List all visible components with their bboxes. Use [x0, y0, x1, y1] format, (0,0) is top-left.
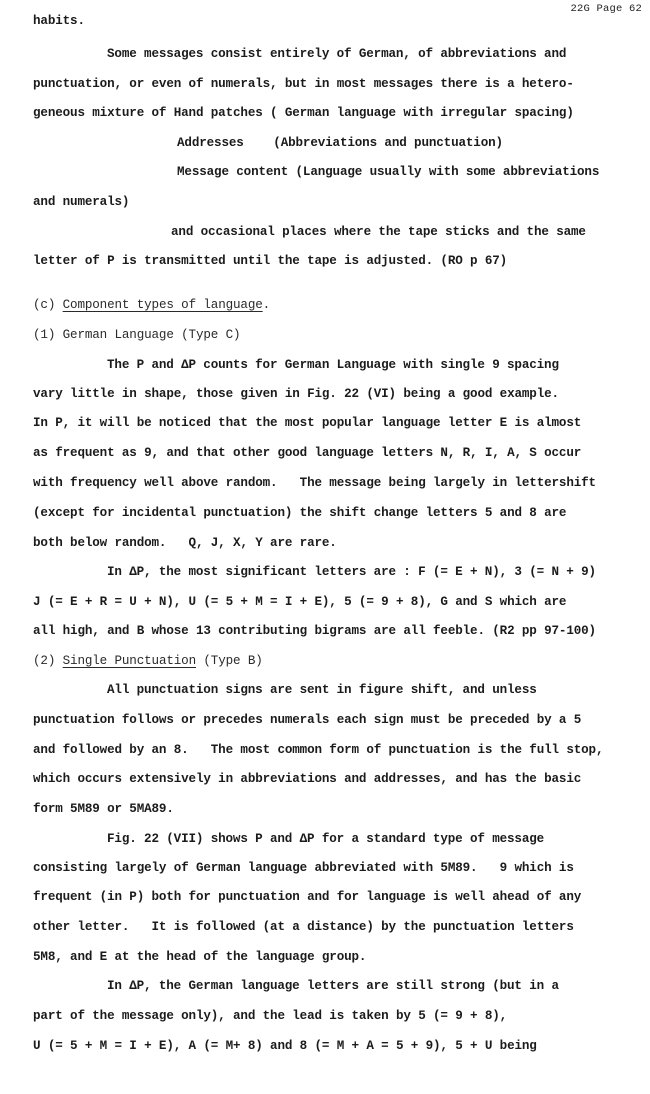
- text-line: Addresses (Abbreviations and punctuation…: [177, 136, 503, 150]
- section-title: Component types of language: [63, 298, 263, 312]
- text-line: punctuation follows or precedes numerals…: [33, 713, 581, 727]
- text-line: and numerals): [33, 195, 129, 209]
- text-line: both below random. Q, J, X, Y are rare.: [33, 536, 337, 550]
- text-line: letter of P is transmitted until the tap…: [33, 254, 507, 268]
- text-line: other letter. It is followed (at a dista…: [33, 920, 574, 934]
- text-line: geneous mixture of Hand patches ( German…: [33, 106, 574, 120]
- paragraph-start: In ΔP, the German language letters are s…: [107, 979, 559, 993]
- subsection-heading-1: (1) German Language (Type C): [33, 328, 240, 342]
- text-line: habits.: [33, 14, 85, 28]
- text-line: which occurs extensively in abbreviation…: [33, 772, 581, 786]
- text-line: as frequent as 9, and that other good la…: [33, 446, 581, 460]
- paragraph-start: In ΔP, the most significant letters are …: [107, 565, 596, 579]
- text-line: vary little in shape, those given in Fig…: [33, 387, 559, 401]
- text-line: J (= E + R = U + N), U (= 5 + M = I + E)…: [33, 595, 566, 609]
- paragraph-start: Some messages consist entirely of German…: [107, 47, 566, 61]
- section-punct: .: [263, 298, 270, 312]
- paragraph-start: The P and ΔP counts for German Language …: [107, 358, 559, 372]
- text-line: with frequency well above random. The me…: [33, 476, 596, 490]
- section-heading-c: (c) Component types of language.: [33, 298, 270, 312]
- page-header: 22G Page 62: [570, 3, 642, 15]
- section-type: (Type B): [196, 654, 263, 668]
- subsection-heading-2: (2) Single Punctuation (Type B): [33, 654, 263, 668]
- section-number: (c): [33, 298, 63, 312]
- text-line: form 5M89 or 5MA89.: [33, 802, 174, 816]
- section-title: Single Punctuation: [63, 654, 196, 668]
- text-line: In P, it will be noticed that the most p…: [33, 416, 581, 430]
- text-line: punctuation, or even of numerals, but in…: [33, 77, 574, 91]
- text-line: consisting largely of German language ab…: [33, 861, 574, 875]
- text-line: 5M8, and E at the head of the language g…: [33, 950, 366, 964]
- text-line: and followed by an 8. The most common fo…: [33, 743, 603, 757]
- text-line: frequent (in P) both for punctuation and…: [33, 890, 581, 904]
- text-line: U (= 5 + M = I + E), A (= M+ 8) and 8 (=…: [33, 1039, 537, 1053]
- text-line: all high, and B whose 13 contributing bi…: [33, 624, 596, 638]
- section-number: (2): [33, 654, 63, 668]
- paragraph-start: Fig. 22 (VII) shows P and ΔP for a stand…: [107, 832, 544, 846]
- text-line: part of the message only), and the lead …: [33, 1009, 507, 1023]
- paragraph-start: All punctuation signs are sent in figure…: [107, 683, 537, 697]
- text-line: Message content (Language usually with s…: [177, 165, 599, 179]
- text-line: (except for incidental punctuation) the …: [33, 506, 566, 520]
- text-line: and occasional places where the tape sti…: [171, 225, 586, 239]
